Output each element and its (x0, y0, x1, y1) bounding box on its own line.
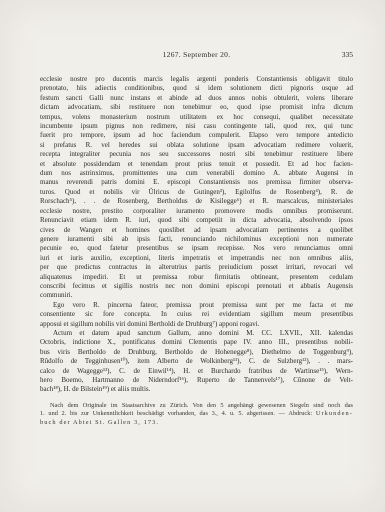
note-line-1: Nach dem Originale im Staatsarchive zu Z… (40, 402, 353, 411)
paragraph-2-body: Ego vero R. pincerna fateor, premissa pr… (40, 301, 353, 320)
note-line-2: 1. und 2. bis zur Unkenntlichkeit beschä… (40, 410, 353, 419)
paragraph-1-body: ecclesie nostre pro ducentis marcis lega… (40, 75, 353, 291)
note-line-2-text: 1. und 2. bis zur Unkenntlichkeit beschä… (40, 410, 316, 417)
paragraph-1-last-line: communiri. (40, 291, 353, 300)
note-line-3: buch der Abtei St. Gallen 3, 173. (40, 419, 353, 428)
paragraph-3-body: Actum et datum apud sanctum Gallum, anno… (40, 329, 353, 385)
page-number: 335 (342, 50, 353, 59)
note-citation-start: Urkunden- (316, 410, 353, 417)
provenance-note: Nach dem Originale im Staatsarchive zu Z… (40, 402, 353, 428)
paragraph-3-last-line: bach¹⁸), H. de Bilstein¹⁹) et aliis mult… (40, 385, 353, 394)
running-head: 1267. September 20. 335 (40, 50, 353, 60)
paragraph-2-last-line: apposui et sigillum nobilis viri domini … (40, 320, 353, 329)
charter-text: ecclesie nostre pro ducentis marcis lega… (40, 75, 353, 395)
note-citation-end: buch der Abtei St. Gallen 3, 173. (40, 419, 159, 426)
scanned-book-page: 1267. September 20. 335 ecclesie nostre … (0, 0, 385, 512)
text-block: 1267. September 20. 335 ecclesie nostre … (40, 50, 353, 428)
date-heading: 1267. September 20. (40, 50, 353, 59)
